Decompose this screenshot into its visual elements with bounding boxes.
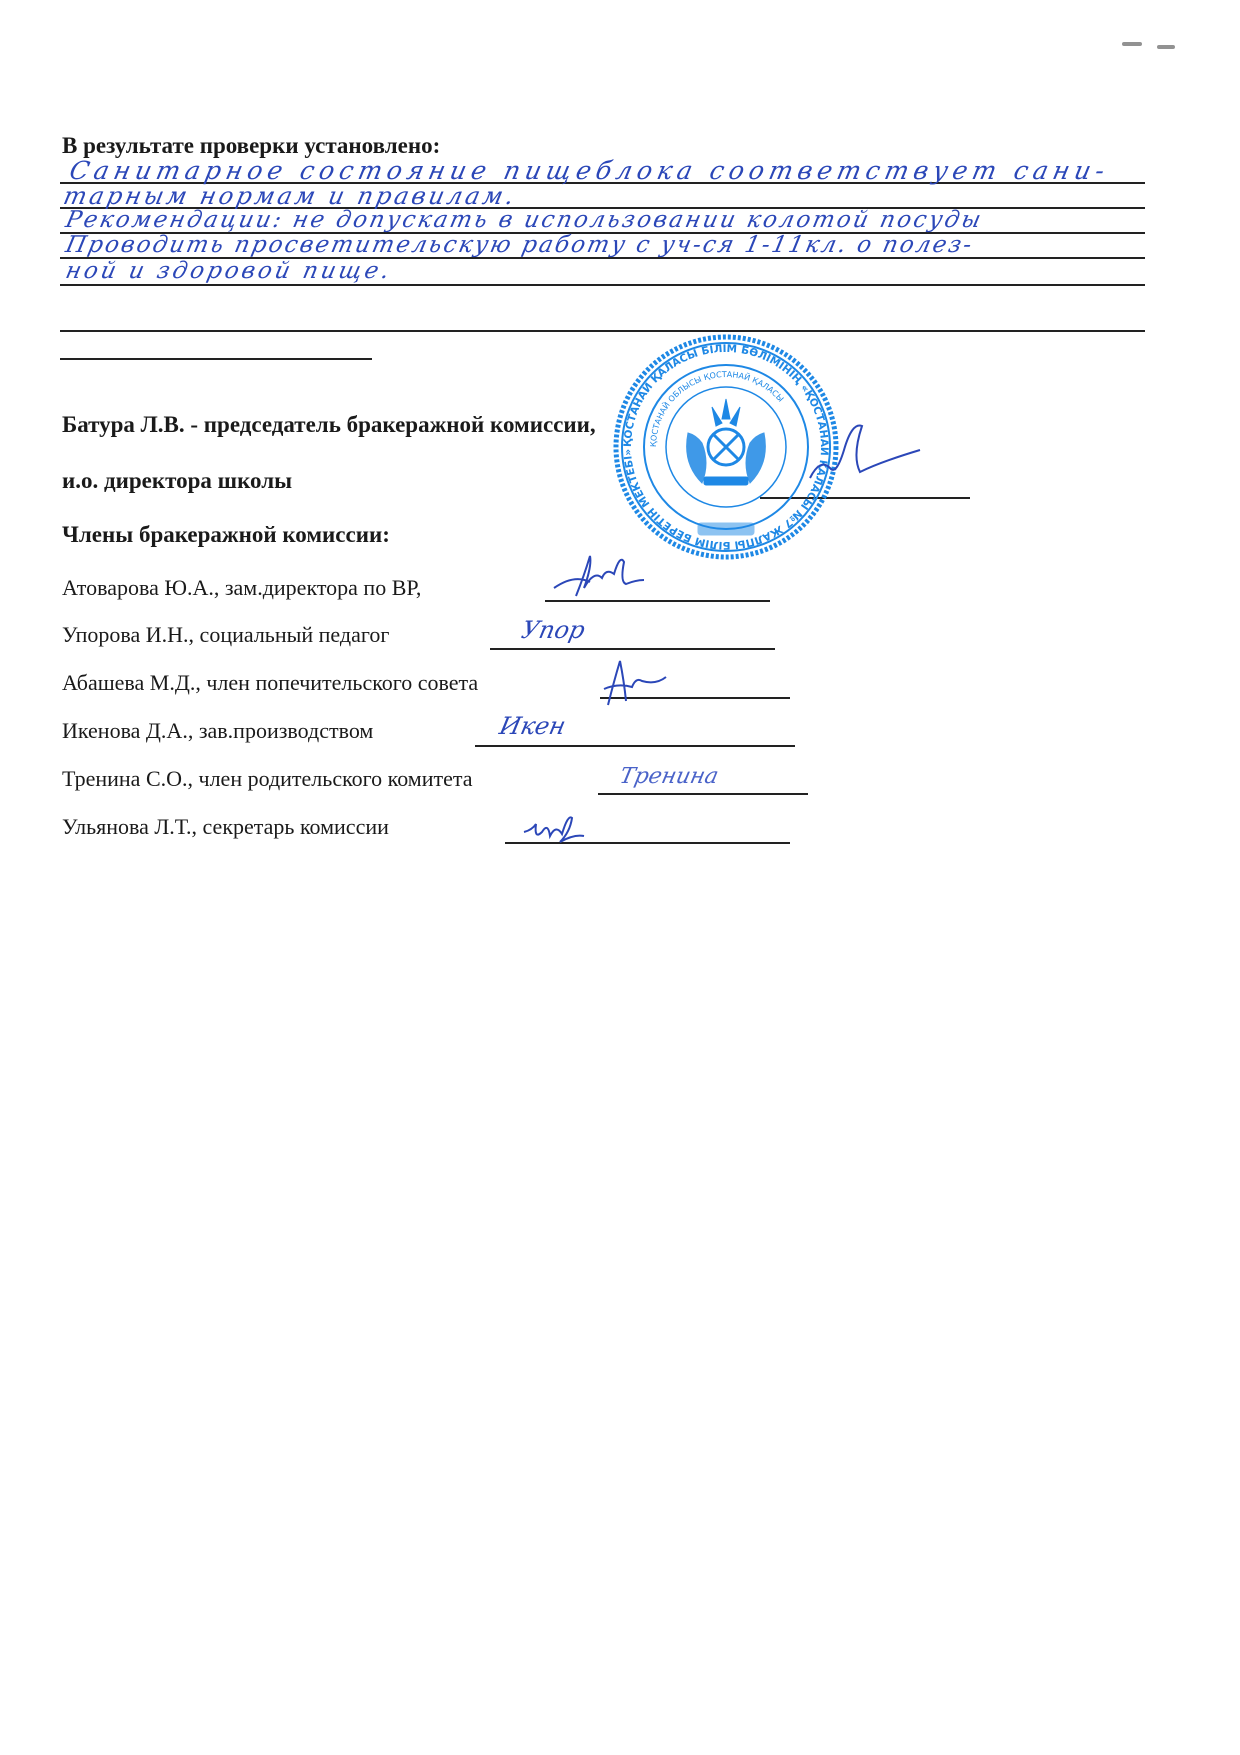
signature-line [475,745,795,747]
member-uporova: Упорова И.Н., социальный педагог [62,622,389,648]
ruled-line-short [60,358,372,360]
handwritten-finding: ной и здоровой пище. [63,258,394,284]
scan-artifact [1157,45,1175,49]
member-abasheva: Абашева М.Д., член попечительского совет… [62,670,478,696]
chair-line-2: и.о. директора школы [62,468,292,494]
emblem-icon [687,399,766,535]
ruled-line [60,330,1145,332]
signature-abasheva [600,655,670,710]
member-trenina: Тренина С.О., член родительского комитет… [62,766,473,792]
handwritten-finding: Санитарное состояние пищеблока соответст… [67,156,1112,185]
signature-uporova: Упор [519,616,588,644]
signature-trenina: Тренина [617,764,720,789]
scan-artifact [1122,42,1142,46]
signature-ulyanova [520,808,610,853]
handwritten-finding: Проводить просветительскую работу с уч-с… [63,232,976,258]
members-heading: Члены бракеражной комиссии: [62,522,390,548]
signature-ikenova: Икен [497,712,568,740]
chair-line-1: Батура Л.В. - председатель бракеражной к… [62,412,596,438]
signature-line [490,648,775,650]
ruled-line [60,284,1145,286]
member-ulyanova: Ульянова Л.Т., секретарь комиссии [62,814,389,840]
signature-atovarova [550,548,680,608]
member-ikenova: Икенова Д.А., зав.производством [62,718,373,744]
member-atovarova: Атоварова Ю.А., зам.директора по ВР, [62,575,421,601]
handwritten-finding: Рекомендации: не допускать в использован… [63,207,985,233]
handwritten-finding: тарным нормам и правилам. [61,182,519,210]
signature-chair [800,418,950,508]
signature-line [598,793,808,795]
